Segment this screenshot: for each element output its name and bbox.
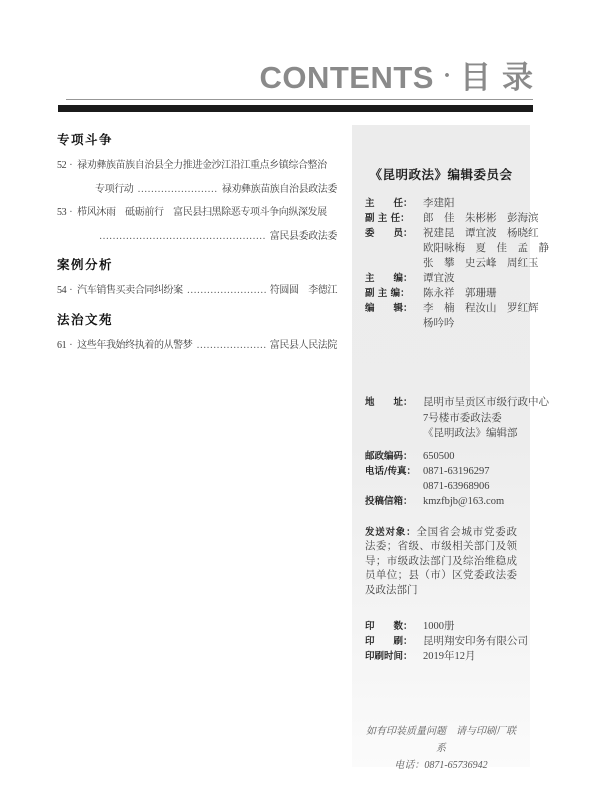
toc-item: 54 · 汽车销售买卖合同纠纷案 ……………………………… 符圆圆 李德江 (57, 279, 337, 303)
print-time-value: 2019年12月 (423, 649, 517, 664)
role-names: 陈永祥 郭珊珊 (423, 286, 517, 301)
print-count-label: 印 数： (365, 619, 423, 634)
member-names-line: 欧阳咏梅 夏 佳 孟 静 (423, 241, 549, 256)
editorial-roles: 主 任： 李建阳 副 主 任： 郎 佳 朱彬彬 彭海滨 委 员： 祝建昆 谭宜波… (365, 196, 517, 331)
toc-item: 52 · 禄劝彝族苗族自治县全力推进金沙江沿江重点乡镇综合整治 专项行动 ………… (57, 154, 337, 201)
editorial-board-title: 《昆明政法》编辑委员会 (365, 165, 517, 183)
print-time-label: 印刷时间： (365, 649, 423, 664)
toc-list: 专项斗争 52 · 禄劝彝族苗族自治县全力推进金沙江沿江重点乡镇综合整治 专项行… (57, 132, 337, 366)
toc-item: 61 · 这些年我始终执着的从警梦 ……………………… 富民县人民法院 (57, 334, 337, 358)
section-title: 法治文苑 (57, 312, 337, 327)
editorial-board-panel: 《昆明政法》编辑委员会 主 任： 李建阳 副 主 任： 郎 佳 朱彬彬 彭海滨 … (352, 125, 530, 767)
page-number: 52 (57, 154, 66, 178)
dot-leader: …………………………………………………… (137, 178, 217, 202)
toc-section-special-campaign: 专项斗争 52 · 禄劝彝族苗族自治县全力推进金沙江沿江重点乡镇综合整治 专项行… (57, 132, 337, 248)
item-title-continued: 专项行动 (95, 178, 133, 202)
note-line1: 如有印装质量问题 请与印刷厂联系 (365, 723, 517, 757)
contents-dot-separator: · (443, 63, 451, 89)
role-row-chief-editor: 主 编： 谭宜波 (365, 271, 517, 286)
printer-row: 印 刷： 昆明翔安印务有限公司 (365, 634, 517, 649)
contact-block: 邮政编码： 650500 电话/传真： 0871-63196297 0871-6… (365, 449, 517, 509)
phone-number: 0871-63196297 (423, 464, 517, 479)
print-quality-note: 如有印装质量问题 请与印刷厂联系 电话：0871-65736942 (365, 723, 517, 774)
distribution-label: 发送对象： (365, 527, 416, 538)
postcode-row: 邮政编码： 650500 (365, 449, 517, 464)
address-line: 《昆明政法》编辑部 (423, 426, 549, 442)
role-row-members: 委 员： 祝建昆 谭宜波 杨晓红 欧阳咏梅 夏 佳 孟 静 张 攀 史云峰 周红… (365, 226, 517, 271)
toc-item-line1: 52 · 禄劝彝族苗族自治县全力推进金沙江沿江重点乡镇综合整治 (57, 154, 337, 178)
address-line: 昆明市呈贡区市级行政中心 (423, 395, 549, 411)
role-names: 祝建昆 谭宜波 杨晓红 欧阳咏梅 夏 佳 孟 静 张 攀 史云峰 周红玉 (423, 226, 549, 271)
item-author: 富民县委政法委 (270, 225, 337, 249)
dot-leader: ……………………… (196, 334, 265, 358)
printer-label: 印 刷： (365, 634, 423, 649)
address-label: 地 址： (365, 395, 423, 442)
role-row-editors: 编 辑： 李 楠 程汝山 罗红辉 杨吟吟 (365, 301, 517, 331)
item-author: 富民县人民法院 (270, 334, 337, 358)
role-row-deputy-chief-editor: 副 主 编： 陈永祥 郭珊珊 (365, 286, 517, 301)
phone-numbers: 0871-63196297 0871-63968906 (423, 464, 517, 494)
phone-number: 0871-63968906 (423, 479, 517, 494)
item-title: 禄劝彝族苗族自治县全力推进金沙江沿江重点乡镇综合整治 (77, 154, 327, 178)
email-label: 投稿信箱： (365, 494, 423, 509)
print-info-block: 印 数： 1000册 印 刷： 昆明翔安印务有限公司 印刷时间： 2019年12… (365, 619, 517, 664)
toc-item-line2: 专项行动 …………………………………………………… 禄劝彝族苗族自治县政法委 (57, 178, 337, 202)
section-title: 案例分析 (57, 257, 337, 272)
print-count-value: 1000册 (423, 619, 517, 634)
role-row-deputy-director: 副 主 任： 郎 佳 朱彬彬 彭海滨 (365, 211, 517, 226)
postcode-value: 650500 (423, 449, 517, 464)
print-count-row: 印 数： 1000册 (365, 619, 517, 634)
role-names: 郎 佳 朱彬彬 彭海滨 (423, 211, 539, 226)
printer-value: 昆明翔安印务有限公司 (423, 634, 528, 649)
address-line: 7号楼市委政法委 (423, 411, 549, 427)
editor-names-line: 杨吟吟 (423, 316, 539, 331)
item-author: 禄劝彝族苗族自治县政法委 (222, 178, 337, 202)
dot-leader: ……………………………… (187, 279, 266, 303)
role-names: 李 楠 程汝山 罗红辉 杨吟吟 (423, 301, 539, 331)
page-number: 61 (57, 334, 66, 358)
item-title: 汽车销售买卖合同纠纷案 (77, 279, 183, 303)
role-label: 副 主 任： (365, 211, 423, 226)
item-bullet: · (69, 154, 72, 178)
role-names: 李建阳 (423, 196, 517, 211)
header-rule-thin (66, 99, 533, 100)
address-row: 地 址： 昆明市呈贡区市级行政中心 7号楼市委政法委 《昆明政法》编辑部 (365, 395, 517, 442)
toc-item: 53 · 栉风沐雨 砥砺前行 富民县扫黑除恶专项斗争向纵深发展 ……………………… (57, 201, 337, 248)
magazine-contents-page: CONTENTS·目录 专项斗争 52 · 禄劝彝族苗族自治县全力推进金沙江沿江… (0, 0, 594, 800)
toc-item-line2: ……………………………………………………………………… 富民县委政法委 (57, 225, 337, 249)
role-label: 副 主 编： (365, 286, 423, 301)
phone-fax-row: 电话/传真： 0871-63196297 0871-63968906 (365, 464, 517, 494)
header-rule-thick (58, 105, 533, 112)
contents-title-zh: 目录 (460, 60, 544, 96)
role-names: 谭宜波 (423, 271, 517, 286)
note-line2: 电话：0871-65736942 (365, 757, 517, 774)
item-bullet: · (69, 279, 72, 303)
item-title: 这些年我始终执着的从警梦 (77, 334, 192, 358)
contents-header: CONTENTS·目录 (259, 52, 533, 97)
page-number: 53 (57, 201, 66, 225)
toc-section-case-analysis: 案例分析 54 · 汽车销售买卖合同纠纷案 ……………………………… 符圆圆 李… (57, 257, 337, 303)
page-number: 54 (57, 279, 66, 303)
contents-title-en: CONTENTS (259, 60, 434, 95)
email-row: 投稿信箱： kmzfbjb@163.com (365, 494, 517, 509)
item-bullet: · (69, 334, 72, 358)
member-names-line: 张 攀 史云峰 周红玉 (423, 256, 549, 271)
address-block: 地 址： 昆明市呈贡区市级行政中心 7号楼市委政法委 《昆明政法》编辑部 (365, 395, 517, 442)
postcode-label: 邮政编码： (365, 449, 423, 464)
print-time-row: 印刷时间： 2019年12月 (365, 649, 517, 664)
role-label: 编 辑： (365, 301, 423, 331)
address-lines: 昆明市呈贡区市级行政中心 7号楼市委政法委 《昆明政法》编辑部 (423, 395, 549, 442)
section-title: 专项斗争 (57, 132, 337, 147)
editor-names-line: 李 楠 程汝山 罗红辉 (423, 301, 539, 316)
item-bullet: · (69, 201, 72, 225)
role-label: 主 编： (365, 271, 423, 286)
item-title: 栉风沐雨 砥砺前行 富民县扫黑除恶专项斗争向纵深发展 (77, 201, 327, 225)
toc-section-law-literature: 法治文苑 61 · 这些年我始终执着的从警梦 ……………………… 富民县人民法院 (57, 312, 337, 358)
item-author: 符圆圆 李德江 (270, 279, 337, 303)
role-label: 委 员： (365, 226, 423, 271)
toc-item-line1: 53 · 栉风沐雨 砥砺前行 富民县扫黑除恶专项斗争向纵深发展 (57, 201, 337, 225)
role-row-director: 主 任： 李建阳 (365, 196, 517, 211)
phone-fax-label: 电话/传真： (365, 464, 423, 494)
member-names-line: 祝建昆 谭宜波 杨晓红 (423, 226, 549, 241)
distribution-paragraph: 发送对象：全国省会城市党委政法委；省级、市级相关部门及领导；市级政法部门及综治维… (365, 526, 517, 599)
role-label: 主 任： (365, 196, 423, 211)
dot-leader: ……………………………………………………………………… (99, 225, 266, 249)
email-value: kmzfbjb@163.com (423, 494, 517, 509)
